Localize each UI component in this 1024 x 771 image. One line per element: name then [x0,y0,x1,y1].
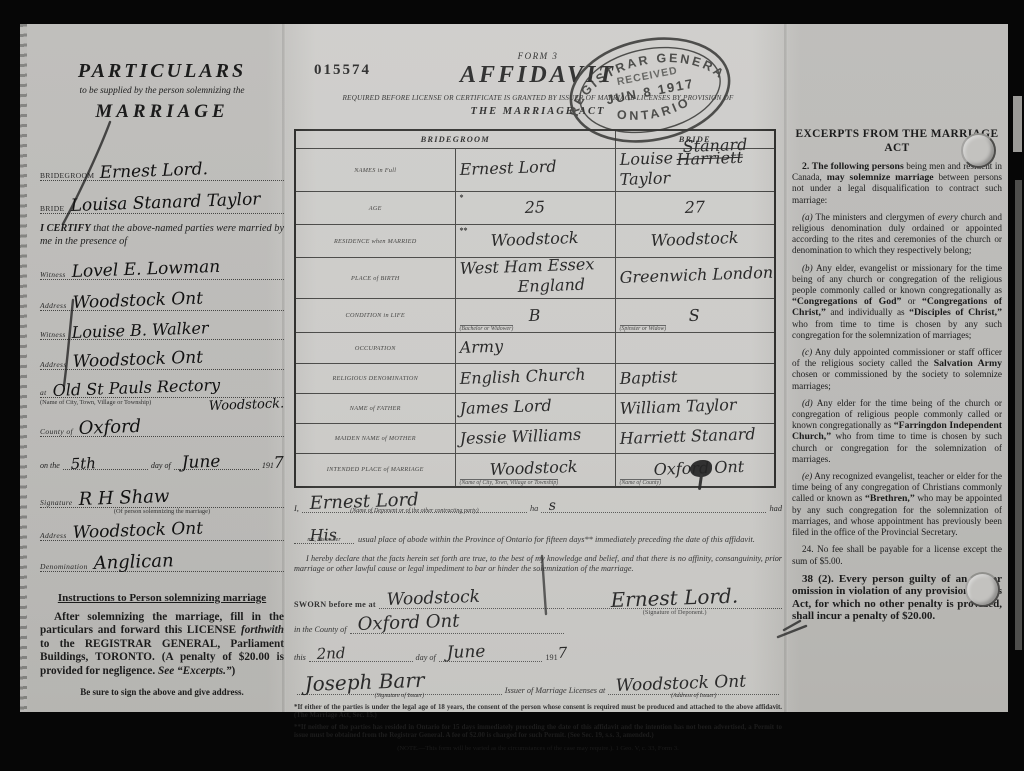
sworn-day-blank: 2nd [309,649,413,662]
handwritten-intended-place: Woodstock [489,457,577,479]
row-label-age: AGE [295,192,455,225]
age-bridegroom-cell: *25 [455,192,615,225]
ha-blank: s [541,500,766,513]
address1-line: Address Woodstock Ont [40,293,284,311]
row-label-father: NAME of FATHER [295,394,455,424]
county-label: County of [40,427,73,436]
sworn-date-mid: day of [416,653,436,662]
table-row-names: NAMES in Full Ernest Lord Louise Harriet… [295,149,775,192]
sworn-left: SWORN before me at Woodstock in the Coun… [294,584,567,662]
condition-bride-cell: S(Spinster or Widow) [615,299,775,333]
sworn-month-blank: June [439,649,543,662]
sworn-place-blank: Woodstock [379,594,564,609]
mother-bride-cell: Harriett Stanard [615,424,775,454]
affidavit-form: 015574 FORM 3 AFFIDAVIT REQUIRED BEFORE … [292,34,784,759]
handwritten-groom-father: James Lord [459,395,552,417]
footnote-1: *If either of the parties is under the l… [294,704,782,721]
abode-line: His me, his or her usual place of abode … [294,526,782,544]
handwritten-bride-mother: Harriett Stanard [619,424,756,448]
intended-bridegroom-cell: Woodstock(Name of City, Town, Village or… [455,454,615,487]
sworn-county-label: in the County of [294,625,347,634]
bridegroom-bride-table: BRIDEGROOM BRIDE NAMES in Full Ernest Lo… [294,129,776,488]
handwritten-bride-condition: S [689,305,701,324]
handwritten-groom-birth2: England [517,275,585,296]
handwritten-bridegroom-name: Ernest Lord. [100,159,209,183]
footnote-marker: * [460,193,464,202]
particulars-subtitle: to be supplied by the person solemnizing… [40,86,284,96]
marriage-date-line: on the 5th day of June 191 7 [40,453,284,470]
row-label-religion: RELIGIOUS DENOMINATION [295,364,455,394]
binding-stitch-edge [20,24,27,712]
row-label-condition: CONDITION in LIFE [295,299,455,333]
handwritten-place-extra: Woodstock. [208,396,284,414]
birthplace-bride-cell: Greenwich London [615,258,775,299]
row-label-birthplace: PLACE of BIRTH [295,258,455,299]
excerpt-clause-d: (d) Any elder for the time being of the … [792,398,1002,465]
hole-punch-bottom [965,572,1000,607]
table-row-age: AGE *25 27 [295,192,775,225]
handwritten-groom-mother: Jessie Williams [459,424,581,447]
paper-page: PARTICULARS to be supplied by the person… [20,24,1008,712]
handwritten-issuer-signature: Joseph Barr [304,668,425,696]
witness2-label: Witness [40,330,66,339]
date-year-printed: 191 [262,461,274,470]
handwritten-groom-fullname: Ernest Lord [459,157,557,179]
serial-number: 015574 [314,62,371,79]
names-bride-cell: Louise HarriettStanard Taylor [615,149,775,192]
table-row-mother: MAIDEN NAME of MOTHER Jessie Williams Ha… [295,424,775,454]
particulars-title: PARTICULARS [40,60,284,83]
table-row-condition: CONDITION in LIFE B(Bachelor or Widower)… [295,299,775,333]
denomination-label: Denomination [40,562,88,571]
abode-sublabel: me, his or her [294,537,354,543]
had-text: had [769,504,782,513]
religion-bridegroom-cell: English Church [455,364,615,394]
handwritten-bride-first: Louise [619,148,673,169]
handwritten-groom-occupation: Army [459,336,503,357]
bride-middle-correction: HarriettStanard [677,150,743,170]
ink-blot [690,460,712,477]
handwritten-bride-father: William Taylor [619,394,736,417]
note-line: (NOTE.—This form will be varied as the c… [294,745,782,752]
handwritten-sworn-month: June [446,642,485,663]
witness1-label: Witness [40,270,66,279]
handwritten-groom-religion: English Church [459,364,585,387]
date-day-blank: 5th [63,457,148,470]
handwritten-denomination: Anglican [93,550,174,574]
certify-statement: I CERTIFY that the above-named parties w… [40,223,284,248]
sworn-county-blank: Oxford Ont [350,619,565,634]
date-mid: day of [151,461,171,470]
address1-label: Address [40,301,67,310]
table-row-intended-place: INTENDED PLACE of MARRIAGE Woodstock(Nam… [295,454,775,487]
handwritten-s: s [549,497,557,513]
sworn-date-line: this 2nd day of June 191 7 [294,644,567,662]
certify-bold: I CERTIFY [40,223,91,234]
residence-bride-cell: Woodstock [615,225,775,258]
issuer-place-sublabel: (Address of Issuer) [608,693,779,699]
condition-bride-sublabel: (Spinster or Widow) [620,325,667,332]
intended-bride-cell: Oxford Ont(Name of County) [615,454,775,487]
table-row-father: NAME of FATHER James Lord William Taylor [295,394,775,424]
corrected-middle-name: Stanard [682,135,747,156]
excerpt-clause-b: (b) Any elder, evangelist or missionary … [792,263,1002,341]
address2-label: Address [40,360,67,369]
excerpts-panel: EXCERPTS FROM THE MARRIAGE ACT 2. The fo… [792,128,1002,623]
excerpt-section-24: 24. No fee shall be payable for a licens… [792,544,1002,566]
condition-bridegroom-cell: B(Bachelor or Widower) [455,299,615,333]
residence-bridegroom-cell: **Woodstock [455,225,615,258]
scanned-marriage-affidavit: PARTICULARS to be supplied by the person… [0,0,1024,771]
issuer-line: Joseph Barr (Signature of Issuer) Issuer… [294,676,782,695]
deponent-signature-sublabel: (Signature of Deponent.) [567,609,782,616]
handwritten-month: June [181,452,220,473]
footnote-2: **If neither of the parties has resided … [294,724,782,741]
sworn-date-prefix: this [294,653,306,662]
handwritten-year: 7 [273,453,284,472]
sworn-block: SWORN before me at Woodstock in the Coun… [294,584,782,662]
signature-sublabel: (Of person solemnizing the marriage) [40,508,284,515]
bride-label: BRIDE [40,204,65,213]
hole-punch-top [961,133,996,168]
handwritten-bride-religion: Baptist [619,366,677,387]
denomination-line: Denomination Anglican [40,553,284,572]
handwritten-bride-name: Louisa Stanard Taylor [70,189,260,216]
deponent-line: I, Ernest Lord (Name of Deponent or of t… [294,496,782,513]
affidavit-statement-section: I, Ernest Lord (Name of Deponent or of t… [294,496,782,753]
issuer-signature-blank: Joseph Barr (Signature of Issuer) [297,676,502,695]
place-label: at [40,388,47,397]
signature-label: Signature [40,498,73,507]
place-subrow: (Name of City, Town, Village or Township… [40,399,284,414]
deponent-name-blank: Ernest Lord (Name of Deponent or of the … [302,496,527,513]
deponent-signature-line: Ernest Lord. [567,588,782,609]
address3-line: Address Woodstock Ont [40,523,284,541]
excerpt-clause-c: (c) Any duly appointed commissioner or s… [792,347,1002,392]
row-label-mother: MAIDEN NAME of MOTHER [295,424,455,454]
handwritten-bride-age: 27 [684,197,705,217]
occupation-bride-cell [615,333,775,364]
footnote-marker-2: ** [460,226,468,235]
deponent-signature-block: Ernest Lord. (Signature of Deponent.) [567,584,782,662]
handwritten-address2: Woodstock Ont [72,347,203,372]
bride-line: BRIDE Louisa Stanard Taylor [40,196,284,214]
handwritten-groom-condition: B [528,305,540,324]
excerpt-clause-e: (e) Any recognized evangelist, teacher o… [792,471,1002,538]
table-row-residence: RESIDENCE when MARRIED **Woodstock Woods… [295,225,775,258]
father-bride-cell: William Taylor [615,394,775,424]
handwritten-bride-residence: Woodstock [650,228,738,250]
bridegroom-label: BRIDEGROOM [40,171,94,180]
date-month-blank: June [174,457,259,470]
abode-blank: His me, his or her [294,526,354,544]
handwritten-signature: R H Shaw [78,486,169,510]
handwritten-sworn-year: 7 [557,644,567,662]
handwritten-address1: Woodstock Ont [72,288,203,313]
handwritten-address3: Woodstock Ont [72,518,203,543]
witness2-line: Witness Louise B. Walker [40,323,284,340]
religion-bride-cell: Baptist [615,364,775,394]
signature-line: Signature R H Shaw [40,489,284,508]
ha-text: ha [530,504,538,513]
handwritten-sworn-place: Woodstock [386,587,480,610]
adjacent-page-edge [1013,96,1022,152]
intended-place-sublabel: (Name of City, Town, Village or Township… [460,479,559,486]
issuer-signature-sublabel: (Signature of Issuer) [297,693,502,699]
sworn-county-line: in the County of Oxford Ont [294,619,567,634]
handwritten-sworn-day: 2nd [316,644,345,663]
age-bride-cell: 27 [615,192,775,225]
handwritten-day: 5th [70,454,96,473]
sworn-year-printed: 191 [545,653,557,662]
row-label-names: NAMES in Full [295,149,455,192]
instructions-note: Be sure to sign the above and give addre… [40,687,284,697]
particulars-panel: PARTICULARS to be supplied by the person… [40,54,284,697]
date-prefix: on the [40,461,60,470]
occupation-bridegroom-cell: Army [455,333,615,364]
adjacent-page-edge-shadow [1015,180,1022,650]
place-line: at Old St Pauls Rectory [40,381,284,398]
handwritten-sworn-county: Oxford Ont [357,611,460,636]
condition-groom-sublabel: (Bachelor or Widower) [460,325,514,332]
deponent-prefix: I, [294,504,299,513]
handwritten-county: Oxford [78,416,141,439]
instructions-heading: Instructions to Person solemnizing marri… [40,592,284,604]
sworn-label: SWORN before me at [294,600,376,609]
declaration-text: I hereby declare that the facts herein s… [294,554,782,575]
table-row-birthplace: PLACE of BIRTH West Ham EssexEngland Gre… [295,258,775,299]
handwritten-witness2: Louise B. Walker [71,318,208,342]
row-label-intended-place: INTENDED PLACE of MARRIAGE [295,454,455,487]
address3-label: Address [40,531,67,540]
handwritten-groom-age: 25 [524,197,545,217]
row-label-occupation: OCCUPATION [295,333,455,364]
handwritten-bride-birth: Greenwich London [619,263,773,287]
column-header-bridegroom: BRIDEGROOM [295,130,615,149]
handwritten-witness1: Lovel E. Lowman [71,257,220,282]
fold-crease-right [784,24,788,712]
handwritten-deponent-signature: Ernest Lord. [610,584,738,612]
excerpt-clause-a: (a) The ministers and clergymen of every… [792,212,1002,257]
issuer-mid-text: Issuer of Marriage Licenses at [505,686,606,695]
mother-bridegroom-cell: Jessie Williams [455,424,615,454]
deponent-sublabel: (Name of Deponent or of the other contra… [302,508,527,514]
table-row-religion: RELIGIOUS DENOMINATION English Church Ba… [295,364,775,394]
address2-line: Address Woodstock Ont [40,352,284,370]
names-bridegroom-cell: Ernest Lord [455,149,615,192]
issuer-place-blank: Woodstock Ont (Address of Issuer) [608,676,779,695]
birthplace-bridegroom-cell: West Ham EssexEngland [455,258,615,299]
sworn-place-line: SWORN before me at Woodstock [294,594,567,609]
witness1-line: Witness Lovel E. Lowman [40,262,284,280]
handwritten-bride-last: Taylor [619,168,670,189]
county-line: County of Oxford [40,418,284,437]
excerpt-section-2: 2. The following persons being men and r… [792,161,1002,206]
place-sublabel: (Name of City, Town, Village or Township… [40,399,151,406]
handwritten-groom-residence: Woodstock [490,228,578,250]
table-row-occupation: OCCUPATION Army [295,333,775,364]
intended-county-sublabel: (Name of County) [620,479,662,486]
bridegroom-line: BRIDEGROOM Ernest Lord. [40,163,284,181]
instructions-body: After solemnizing the marriage, fill in … [40,611,284,678]
marriage-title: MARRIAGE [40,101,284,123]
abode-text: usual place of abode within the Province… [358,535,755,544]
row-label-residence: RESIDENCE when MARRIED [295,225,455,258]
father-bridegroom-cell: James Lord [455,394,615,424]
handwritten-place: Old St Pauls Rectory [52,375,220,400]
